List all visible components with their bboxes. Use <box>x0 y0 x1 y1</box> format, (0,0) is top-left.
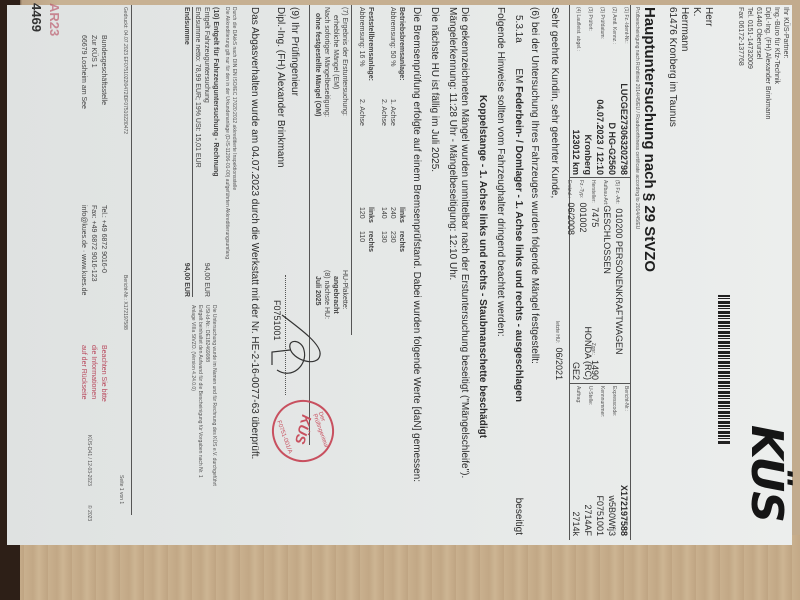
page-title: Hauptuntersuchung nach § 29 StVZO <box>641 7 658 272</box>
invoice-total: 94,00 EUR <box>182 263 191 297</box>
invoice-notes: Die Untersuchung wurde im Namen und für … <box>189 305 217 486</box>
vehicle-col-1: (1) Fz.-Ident-Nr.:LUCGE27306320279​8 (2)… <box>569 7 629 175</box>
vehicle-col-2: (5) Fz.-Art: 010200 PERSONENKRAFTWAGEN A… <box>559 180 629 380</box>
mileage: 123012 km <box>569 129 581 175</box>
inspection-date: 04.07.2023 / 12:10 <box>593 99 605 175</box>
printed-info: Gedruckt: 04.07.2023 EF0751022l0472lDF07… <box>122 7 128 134</box>
signature <box>262 310 332 400</box>
form-code: KÜS-D41 / 12-03-2023 <box>86 435 92 486</box>
recipient-address: Herr K. Herrmann 61476 Kronberg im Taunu… <box>666 7 714 127</box>
greeting: Sehr geehrte Kundin, sehr geehrter Kunde… <box>549 7 560 198</box>
report-number: X172197588 <box>617 485 629 536</box>
inspection-report-page: KÜS Ihr KÜS-Partner: Ing.-Büro für Kfz-T… <box>7 5 792 545</box>
head-office-contact: Tel.: +49 6872 9016-0 Fax: +49 6872 9016… <box>78 205 108 295</box>
emissions-note: Das Abgasverhalten wurde am 04.07.2023 d… <box>249 7 260 459</box>
inspector-label: (9) Ihr Prüfingenieur <box>289 7 300 96</box>
brake-table: Betriebsbremsanlage:linksrechts Abbremsu… <box>357 7 406 252</box>
footer-report-number: Bericht-Nr.: X172197588 <box>122 275 128 330</box>
inspection-place: Kronberg <box>581 135 593 176</box>
edge-text-2: 4469 <box>29 3 44 32</box>
remedy-2: Mängelerkennung: 11:28 Uhr - Mängelbesei… <box>447 7 458 280</box>
license-plate: D HG-G2560 <box>605 122 617 175</box>
page-number: Seite 1 von 1 <box>118 475 124 504</box>
result-block: (7) Ergebnis der Erstuntersuchung: erheb… <box>313 7 349 117</box>
defect-status: beseitigt <box>513 498 524 535</box>
defect-row: 5.3.1a EM Federbein- / Domlager - 1. Ach… <box>513 15 524 535</box>
inspector-stamp: Der Prüfingenieur KÜS F0751-001/A <box>263 391 342 470</box>
head-office-address: Bundesgeschäftsstelle Zur KÜS 1 66679 Lo… <box>78 35 108 109</box>
partner-address: Ihr KÜS-Partner: Ing.-Büro für Kfz-Techn… <box>736 7 790 119</box>
vin: LUCGE27306320279​8 <box>617 83 629 175</box>
brake-intro: Die Bremsenprüfung erfolgte auf einem Br… <box>411 7 422 482</box>
vehicle-col-3: Bericht-Nr.:X172197588 Expresscode:w5B0W… <box>569 386 629 536</box>
barcode <box>718 295 730 445</box>
copyright-year: © 2023 <box>86 505 92 521</box>
inspector-name: Dipl.-Ing. (FH) Alexander Brinkmann <box>275 7 286 168</box>
accreditation-note: Durch die DAkkS nach DIN EN ISO/IEC 1702… <box>223 7 237 259</box>
invoice-block: (10) Entgelt für Fahrzeuguntersuchung - … <box>182 7 220 297</box>
kues-logo: KÜS <box>741 425 792 522</box>
next-hu-note: Die nächste HU ist fällig im Juli 2025. <box>429 7 440 172</box>
hints-intro: Folgende Hinweise sollten vom Fahrzeugha… <box>495 7 506 337</box>
edge-text-1: AR23 <box>47 3 62 36</box>
page-subtitle: Prüfbescheinigung nach Richtlinie 2014/4… <box>634 7 640 229</box>
remedy-1: Die gekennzeichneten Mängel wurden unmit… <box>459 7 470 478</box>
hint: Koppelstange - 1. Achse links und rechts… <box>477 95 488 438</box>
defects-intro: (6) bei der Untersuchung Ihres Fahrzeuge… <box>529 7 540 364</box>
backside-note: Beachten Sie bitte die Informationen auf… <box>78 345 108 402</box>
